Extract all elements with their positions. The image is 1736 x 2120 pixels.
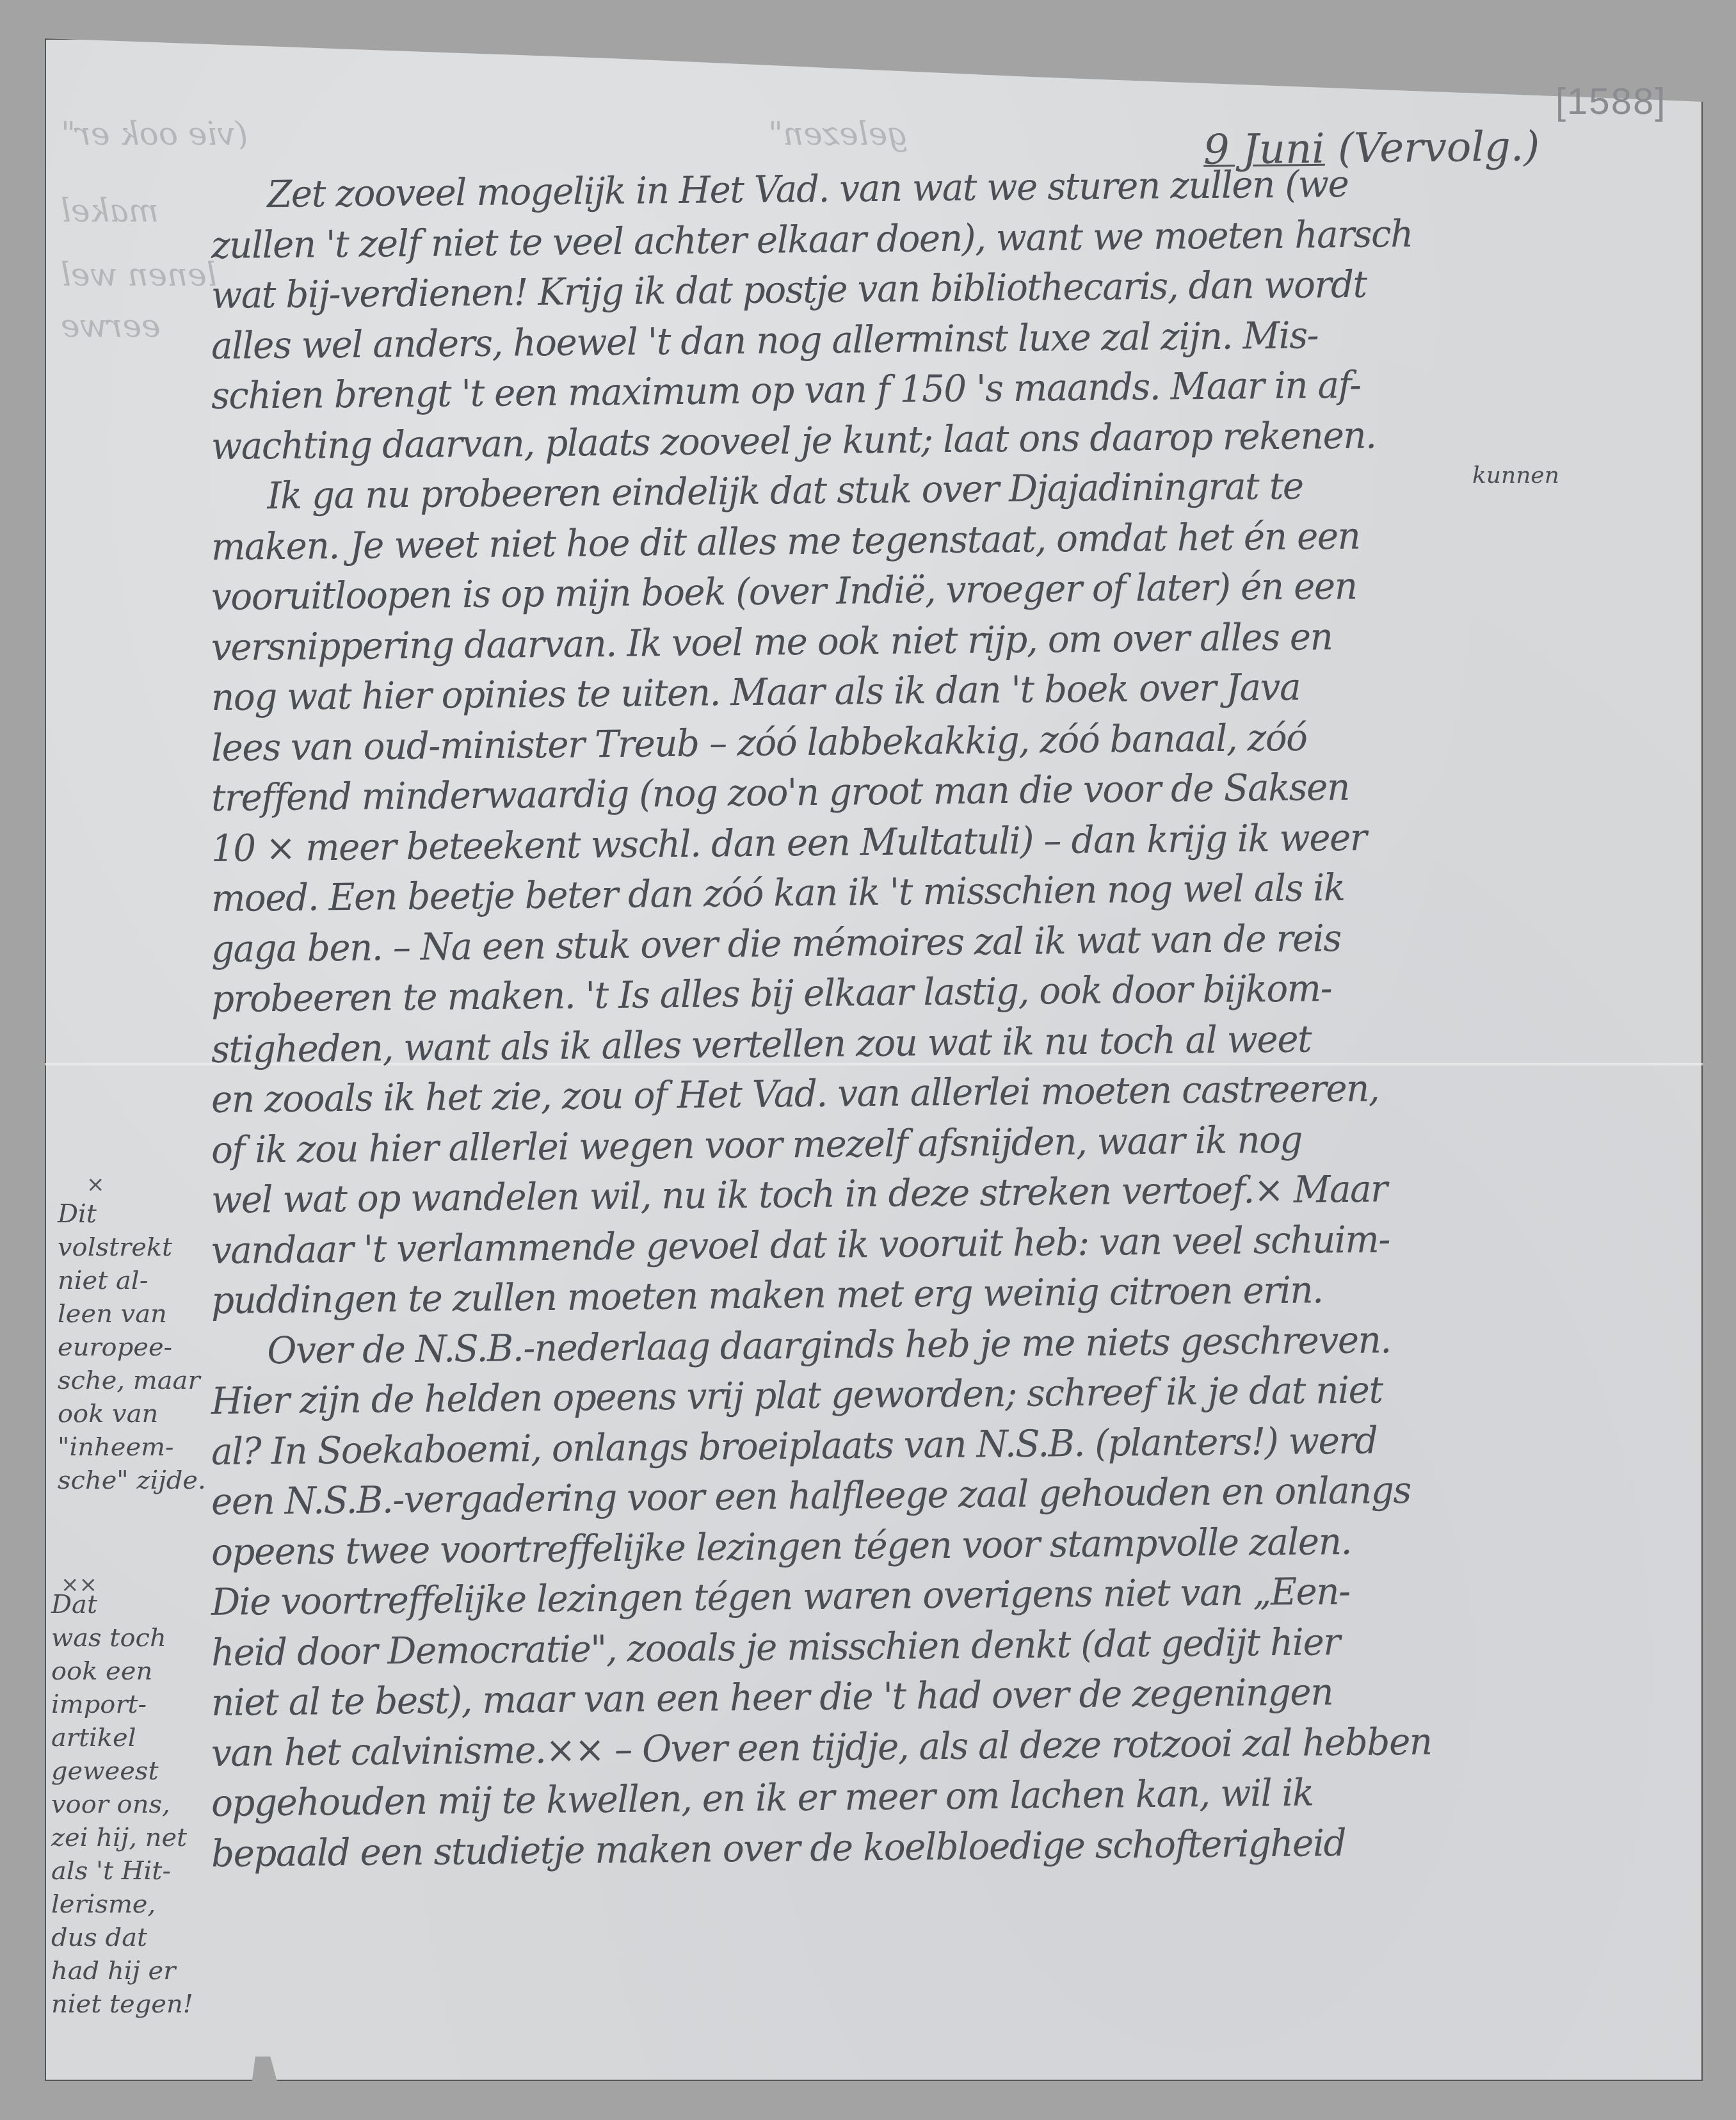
bleed-through-text: gelezen"	[768, 115, 908, 152]
bleed-through-text: eerwe	[61, 307, 160, 344]
letter-body: Zet zooveel mogelijk in Het Vad. van wat…	[211, 170, 1696, 1879]
bleed-through-text: makel	[61, 192, 159, 229]
footnote-marker: ×	[86, 1172, 105, 1197]
bleed-through-text: (vie ook er"	[61, 115, 248, 152]
archive-number: [1588]	[1555, 80, 1666, 123]
margin-footnote-1: Dit volstrekt niet al- leen van europee-…	[58, 1197, 206, 1497]
margin-footnote-2: Dat was toch ook een import- artikel gew…	[51, 1588, 193, 2021]
bleed-through-text: lenen wel	[61, 256, 217, 293]
